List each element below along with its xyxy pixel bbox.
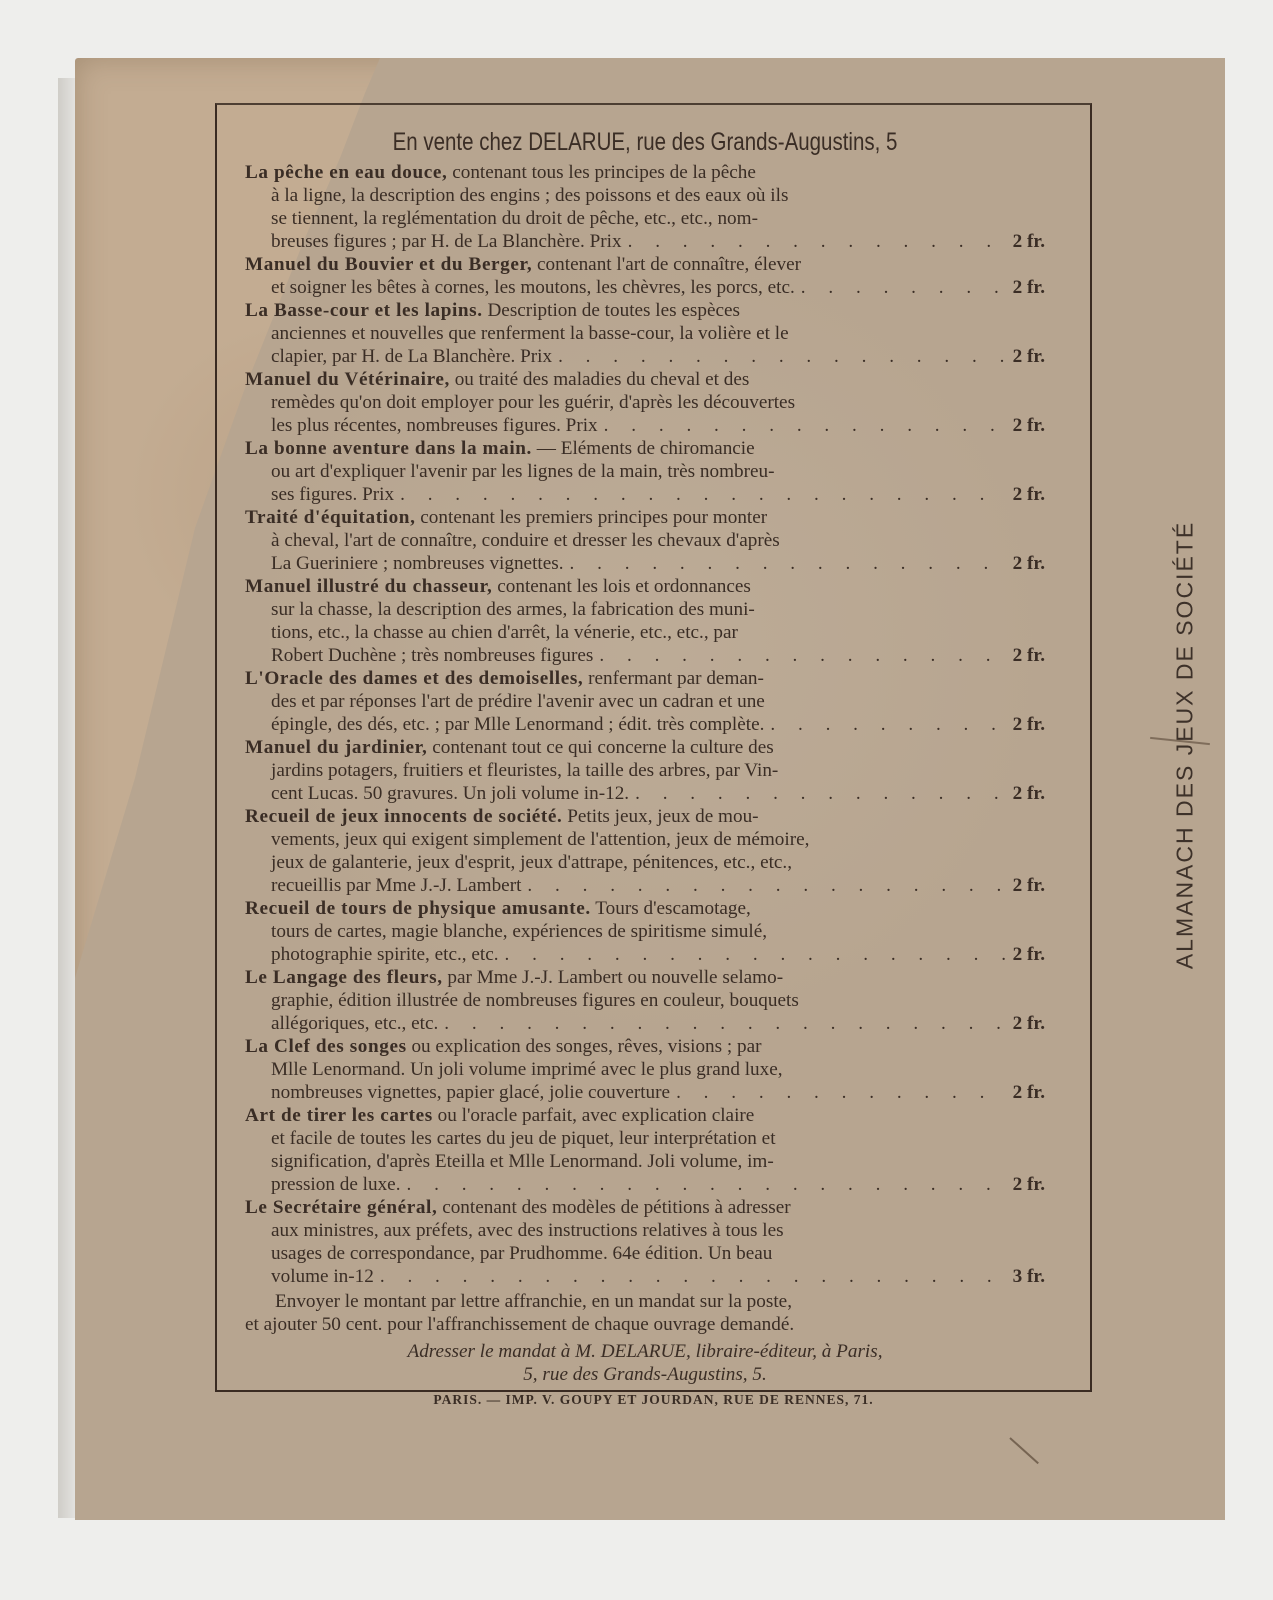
- book-entry: La pêche en eau douce, contenant tous le…: [245, 161, 1045, 253]
- price-line: épingle, des dés, etc. ; par Mlle Lenorm…: [245, 713, 1045, 736]
- entry-first-line: Le Langage des fleurs, par Mme J.-J. Lam…: [245, 966, 1045, 989]
- price-line-text: allégoriques, etc., etc.: [271, 1012, 438, 1035]
- book-entry: Manuel illustré du chasseur, contenant l…: [245, 575, 1045, 667]
- book-description: contenant les premiers principes pour mo…: [420, 507, 767, 528]
- book-description: renfermant par deman-: [588, 668, 764, 689]
- book-entry: Le Langage des fleurs, par Mme J.-J. Lam…: [245, 966, 1045, 1035]
- dot-leader: . . . . . . . . . . . . . . . . . . . . …: [570, 552, 1007, 575]
- book-description-line: se tiennent, la reglémentation du droit …: [245, 207, 1045, 230]
- entry-first-line: Art de tirer les cartes ou l'oracle parf…: [245, 1104, 1045, 1127]
- price-line-text: Robert Duchène ; très nombreuses figures: [271, 644, 593, 667]
- dot-leader: . . . . . . . . . . . . . . . . . . . . …: [599, 644, 1006, 667]
- entry-first-line: Le Secrétaire général, contenant des mod…: [245, 1196, 1045, 1219]
- book-price: 2 fr.: [1013, 345, 1045, 368]
- book-entry: Art de tirer les cartes ou l'oracle parf…: [245, 1104, 1045, 1196]
- book-price: 2 fr.: [1013, 414, 1045, 437]
- book-description: contenant l'art de connaître, élever: [537, 254, 801, 275]
- book-description-line: à cheval, l'art de connaître, conduire e…: [245, 529, 1045, 552]
- book-description: Tours d'escamotage,: [595, 898, 751, 919]
- book-description: par Mme J.-J. Lambert ou nouvelle selamo…: [447, 967, 783, 988]
- book-entry: Manuel du Vétérinaire, ou traité des mal…: [245, 368, 1045, 437]
- book-description-line: Mlle Lenormand. Un joli volume imprimé a…: [245, 1058, 1045, 1081]
- book-description: Petits jeux, jeux de mou-: [567, 806, 758, 827]
- price-line: recueillis par Mme J.-J. Lambert. . . . …: [245, 874, 1045, 897]
- book-title: Art de tirer les cartes: [245, 1105, 433, 1126]
- entry-first-line: La Basse-cour et les lapins. Description…: [245, 299, 1045, 322]
- publisher-header: En vente chez DELARUE, rue des Grands-Au…: [317, 128, 973, 157]
- book-price: 2 fr.: [1013, 483, 1045, 506]
- book-title: Manuel illustré du chasseur,: [245, 576, 492, 597]
- book-entry: La Basse-cour et les lapins. Description…: [245, 299, 1045, 368]
- entry-first-line: Recueil de jeux innocents de société. Pe…: [245, 805, 1045, 828]
- entry-first-line: La Clef des songes ou explication des so…: [245, 1035, 1045, 1058]
- price-line-text: La Gueriniere ; nombreuses vignettes.: [271, 552, 564, 575]
- price-line-text: breuses figures ; par H. de La Blanchère…: [271, 230, 622, 253]
- book-entry: La Clef des songes ou explication des so…: [245, 1035, 1045, 1104]
- spine-title: ALMANACH DES JEUX DE SOCIÉTÉ: [1165, 380, 1205, 1110]
- book-entry: Traité d'équitation, contenant les premi…: [245, 506, 1045, 575]
- price-line: breuses figures ; par H. de La Blanchère…: [245, 230, 1045, 253]
- book-description: contenant tout ce qui concerne la cultur…: [432, 737, 774, 758]
- book-description: Description de toutes les espèces: [487, 300, 740, 321]
- dot-leader: . . . . . . . . . . . . . . . . . . . . …: [380, 1265, 1007, 1288]
- book-description-line: sur la chasse, la description des armes,…: [245, 598, 1045, 621]
- book-description: contenant les lois et ordonnances: [497, 576, 751, 597]
- mandate-address: Adresser le mandat à M. DELARUE, librair…: [245, 1340, 1045, 1386]
- book-list: La pêche en eau douce, contenant tous le…: [245, 161, 1045, 1288]
- book-description-line: et facile de toutes les cartes du jeu de…: [245, 1127, 1045, 1150]
- book-entry: La bonne aventure dans la main. — Elémen…: [245, 437, 1045, 506]
- price-line: La Gueriniere ; nombreuses vignettes.. .…: [245, 552, 1045, 575]
- book-title: La pêche en eau douce,: [245, 162, 447, 183]
- book-description: — Eléments de chiromancie: [537, 438, 755, 459]
- book-description-line: signification, d'après Eteilla et Mlle L…: [245, 1150, 1045, 1173]
- book-entry: Manuel du Bouvier et du Berger, contenan…: [245, 253, 1045, 299]
- book-description-line: usages de correspondance, par Prudhomme.…: [245, 1242, 1045, 1265]
- notice-line-1: Envoyer le montant par lettre affranchie…: [245, 1290, 1045, 1313]
- book-description-line: tours de cartes, magie blanche, expérien…: [245, 920, 1045, 943]
- price-line-text: nombreuses vignettes, papier glacé, joli…: [271, 1081, 670, 1104]
- price-line: clapier, par H. de La Blanchère. Prix. .…: [245, 345, 1045, 368]
- price-line: pression de luxe.. . . . . . . . . . . .…: [245, 1173, 1045, 1196]
- book-entry: Le Secrétaire général, contenant des mod…: [245, 1196, 1045, 1288]
- book-title: Manuel du Vétérinaire,: [245, 369, 450, 390]
- price-line: Robert Duchène ; très nombreuses figures…: [245, 644, 1045, 667]
- entry-first-line: Manuel du Vétérinaire, ou traité des mal…: [245, 368, 1045, 391]
- entry-first-line: La pêche en eau douce, contenant tous le…: [245, 161, 1045, 184]
- dot-leader: . . . . . . . . . . . . . . . . . . . . …: [604, 414, 1007, 437]
- price-line: volume in-12. . . . . . . . . . . . . . …: [245, 1265, 1045, 1288]
- book-entry: Recueil de tours de physique amusante. T…: [245, 897, 1045, 966]
- book-description: ou explication des songes, rêves, vision…: [411, 1036, 761, 1057]
- book-price: 2 fr.: [1013, 943, 1045, 966]
- dot-leader: . . . . . . . . . . . . . . . . . . . . …: [770, 713, 1006, 736]
- book-price: 2 fr.: [1013, 1081, 1045, 1104]
- book-description-line: tions, etc., la chasse au chien d'arrêt,…: [245, 621, 1045, 644]
- printer-imprint: PARIS. — IMP. V. GOUPY ET JOURDAN, RUE D…: [215, 1392, 1092, 1408]
- price-line: ses figures. Prix. . . . . . . . . . . .…: [245, 483, 1045, 506]
- mandate-line-1: Adresser le mandat à M. DELARUE, librair…: [245, 1340, 1045, 1363]
- book-description: ou l'oracle parfait, avec explication cl…: [438, 1105, 755, 1126]
- price-line: photographie spirite, etc., etc.. . . . …: [245, 943, 1045, 966]
- advertisement-text: En vente chez DELARUE, rue des Grands-Au…: [245, 128, 1045, 1386]
- price-line: nombreuses vignettes, papier glacé, joli…: [245, 1081, 1045, 1104]
- mandate-line-2: 5, rue des Grands-Augustins, 5.: [245, 1363, 1045, 1386]
- book-price: 2 fr.: [1013, 644, 1045, 667]
- book-description-line: jardins potagers, fruitiers et fleuriste…: [245, 759, 1045, 782]
- book-price: 2 fr.: [1013, 1012, 1045, 1035]
- dot-leader: . . . . . . . . . . . . . . . . . . . . …: [400, 483, 1007, 506]
- book-title: Le Secrétaire général,: [245, 1197, 437, 1218]
- book-description: contenant tous les principes de la pêche: [452, 162, 756, 183]
- book-description-line: à la ligne, la description des engins ; …: [245, 184, 1045, 207]
- price-line-text: ses figures. Prix: [271, 483, 394, 506]
- book-price: 2 fr.: [1013, 874, 1045, 897]
- dot-leader: . . . . . . . . . . . . . . . . . . . . …: [635, 782, 1007, 805]
- book-title: Recueil de jeux innocents de société.: [245, 806, 562, 827]
- entry-first-line: Recueil de tours de physique amusante. T…: [245, 897, 1045, 920]
- entry-first-line: L'Oracle des dames et des demoiselles, r…: [245, 667, 1045, 690]
- book-entry: Recueil de jeux innocents de société. Pe…: [245, 805, 1045, 897]
- book-description: contenant des modèles de pétitions à adr…: [442, 1197, 790, 1218]
- book-description-line: jeux de galanterie, jeux d'esprit, jeux …: [245, 851, 1045, 874]
- book-price: 2 fr.: [1013, 782, 1045, 805]
- book-description: ou traité des maladies du cheval et des: [455, 369, 750, 390]
- dot-leader: . . . . . . . . . . . . . . . . . . . . …: [407, 1173, 1007, 1196]
- price-line: allégoriques, etc., etc.. . . . . . . . …: [245, 1012, 1045, 1035]
- book-price: 2 fr.: [1013, 230, 1045, 253]
- entry-first-line: Manuel du jardinier, contenant tout ce q…: [245, 736, 1045, 759]
- price-line: les plus récentes, nombreuses figures. P…: [245, 414, 1045, 437]
- book-title: La Clef des songes: [245, 1036, 407, 1057]
- book-description-line: ou art d'expliquer l'avenir par les lign…: [245, 460, 1045, 483]
- dot-leader: . . . . . . . . . . . . . . . . . . . . …: [558, 345, 1007, 368]
- price-line: et soigner les bêtes à cornes, les mouto…: [245, 276, 1045, 299]
- book-description-line: vements, jeux qui exigent simplement de …: [245, 828, 1045, 851]
- book-description-line: aux ministres, aux préfets, avec des ins…: [245, 1219, 1045, 1242]
- price-line-text: et soigner les bêtes à cornes, les mouto…: [271, 276, 795, 299]
- entry-first-line: La bonne aventure dans la main. — Elémen…: [245, 437, 1045, 460]
- dot-leader: . . . . . . . . . . . . . . . . . . . . …: [527, 874, 1006, 897]
- price-line-text: cent Lucas. 50 gravures. Un joli volume …: [271, 782, 629, 805]
- price-line-text: photographie spirite, etc., etc.: [271, 943, 499, 966]
- price-line-text: clapier, par H. de La Blanchère. Prix: [271, 345, 552, 368]
- price-line-text: épingle, des dés, etc. ; par Mlle Lenorm…: [271, 713, 764, 736]
- book-title: Recueil de tours de physique amusante.: [245, 898, 591, 919]
- book-title: L'Oracle des dames et des demoiselles,: [245, 668, 583, 689]
- dot-leader: . . . . . . . . . . . . . . . . . . . . …: [628, 230, 1007, 253]
- dot-leader: . . . . . . . . . . . . . . . . . . . . …: [444, 1012, 1006, 1035]
- book-title: La Basse-cour et les lapins.: [245, 300, 483, 321]
- book-price: 2 fr.: [1013, 276, 1045, 299]
- dot-leader: . . . . . . . . . . . . . . . . . . . . …: [801, 276, 1007, 299]
- book-price: 2 fr.: [1013, 1173, 1045, 1196]
- price-line: cent Lucas. 50 gravures. Un joli volume …: [245, 782, 1045, 805]
- book-description-line: des et par réponses l'art de prédire l'a…: [245, 690, 1045, 713]
- book-description-line: remèdes qu'on doit employer pour les gué…: [245, 391, 1045, 414]
- book-title: Le Langage des fleurs,: [245, 967, 443, 988]
- price-line-text: pression de luxe.: [271, 1173, 401, 1196]
- book-title: Manuel du Bouvier et du Berger,: [245, 254, 532, 275]
- book-description-line: graphie, édition illustrée de nombreuses…: [245, 989, 1045, 1012]
- entry-first-line: Manuel illustré du chasseur, contenant l…: [245, 575, 1045, 598]
- entry-first-line: Traité d'équitation, contenant les premi…: [245, 506, 1045, 529]
- dot-leader: . . . . . . . . . . . . . . . . . . . . …: [676, 1081, 1007, 1104]
- entry-first-line: Manuel du Bouvier et du Berger, contenan…: [245, 253, 1045, 276]
- book-title: Manuel du jardinier,: [245, 737, 427, 758]
- spine-text: ALMANACH DES JEUX DE SOCIÉTÉ: [1172, 521, 1199, 969]
- book-price: 3 fr.: [1013, 1265, 1045, 1288]
- book-price: 2 fr.: [1013, 552, 1045, 575]
- price-line-text: volume in-12: [271, 1265, 374, 1288]
- book-price: 2 fr.: [1013, 713, 1045, 736]
- price-line-text: les plus récentes, nombreuses figures. P…: [271, 414, 598, 437]
- dot-leader: . . . . . . . . . . . . . . . . . . . . …: [505, 943, 1007, 966]
- book-description-line: anciennes et nouvelles que renferment la…: [245, 322, 1045, 345]
- price-line-text: recueillis par Mme J.-J. Lambert: [271, 874, 521, 897]
- notice-line-2: et ajouter 50 cent. pour l'affranchissem…: [245, 1314, 794, 1335]
- book-entry: L'Oracle des dames et des demoiselles, r…: [245, 667, 1045, 736]
- book-title: La bonne aventure dans la main.: [245, 438, 532, 459]
- book-entry: Manuel du jardinier, contenant tout ce q…: [245, 736, 1045, 805]
- book-title: Traité d'équitation,: [245, 507, 415, 528]
- ordering-notice: Envoyer le montant par lettre affranchie…: [245, 1290, 1045, 1336]
